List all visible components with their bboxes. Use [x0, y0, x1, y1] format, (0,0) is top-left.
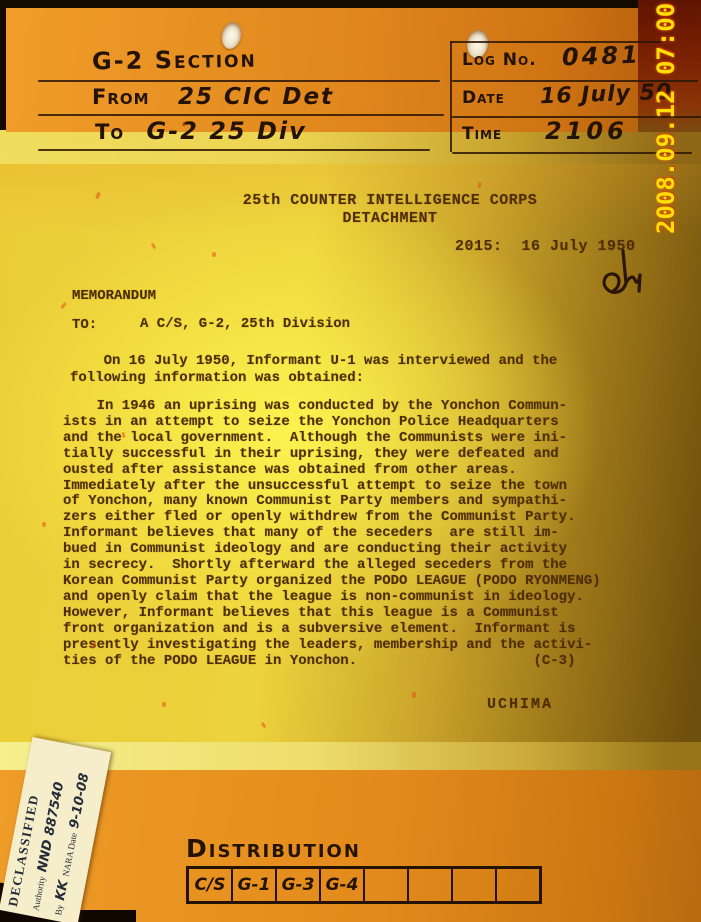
nara-date-value: 9-10-08	[67, 772, 92, 830]
distribution-cell	[497, 869, 539, 901]
slip-from-value: 25 CIC Det	[178, 84, 334, 110]
distribution-table: C/S G-1 G-3 G-4	[186, 866, 542, 904]
distribution-cell: G-4	[321, 869, 365, 901]
memo-to-label: TO:	[72, 317, 97, 333]
slip-section-line: G-2 Section	[92, 45, 257, 76]
distribution-cell	[453, 869, 497, 901]
date-label: Date	[462, 88, 505, 108]
by-value: KK	[53, 879, 72, 902]
signature-scribble-icon	[593, 247, 649, 297]
memo-body-paragraph: In 1946 an uprising was conducted by the…	[63, 399, 601, 669]
distribution-cell	[409, 869, 453, 901]
memorandum-label: MEMORANDUM	[72, 288, 156, 304]
nara-label: NARA Date	[61, 832, 79, 877]
slip-to-label: To	[95, 120, 124, 144]
time-value: 2106	[545, 117, 628, 145]
camera-timestamp: 2008.09.12 07:00	[652, 0, 680, 234]
distribution-cell: C/S	[189, 869, 233, 901]
distribution-cell	[365, 869, 409, 901]
by-label: By	[53, 904, 65, 916]
org-name-line2: DETACHMENT	[170, 210, 610, 227]
log-no-label: Log No.	[462, 50, 537, 70]
distribution-cell: G-3	[277, 869, 321, 901]
org-name-line1: 25th COUNTER INTELLIGENCE CORPS	[170, 192, 610, 209]
time-label: Time	[462, 124, 502, 144]
authority-label: Authority	[30, 875, 46, 911]
memo-to-value: A C/S, G-2, 25th Division	[140, 316, 350, 332]
signature-name: UCHIMA	[487, 696, 553, 713]
memo-intro-paragraph: On 16 July 1950, Informant U-1 was inter…	[70, 353, 557, 386]
distribution-cell: G-1	[233, 869, 277, 901]
log-no-value: 0481	[562, 41, 642, 72]
slip-from-label: From	[92, 85, 150, 109]
document-photo: G-2 Section From 25 CIC Det To G-2 25 Di…	[0, 0, 701, 922]
distribution-title: Distribution	[186, 834, 361, 863]
slip-to-value: G-2 25 Div	[147, 117, 307, 145]
